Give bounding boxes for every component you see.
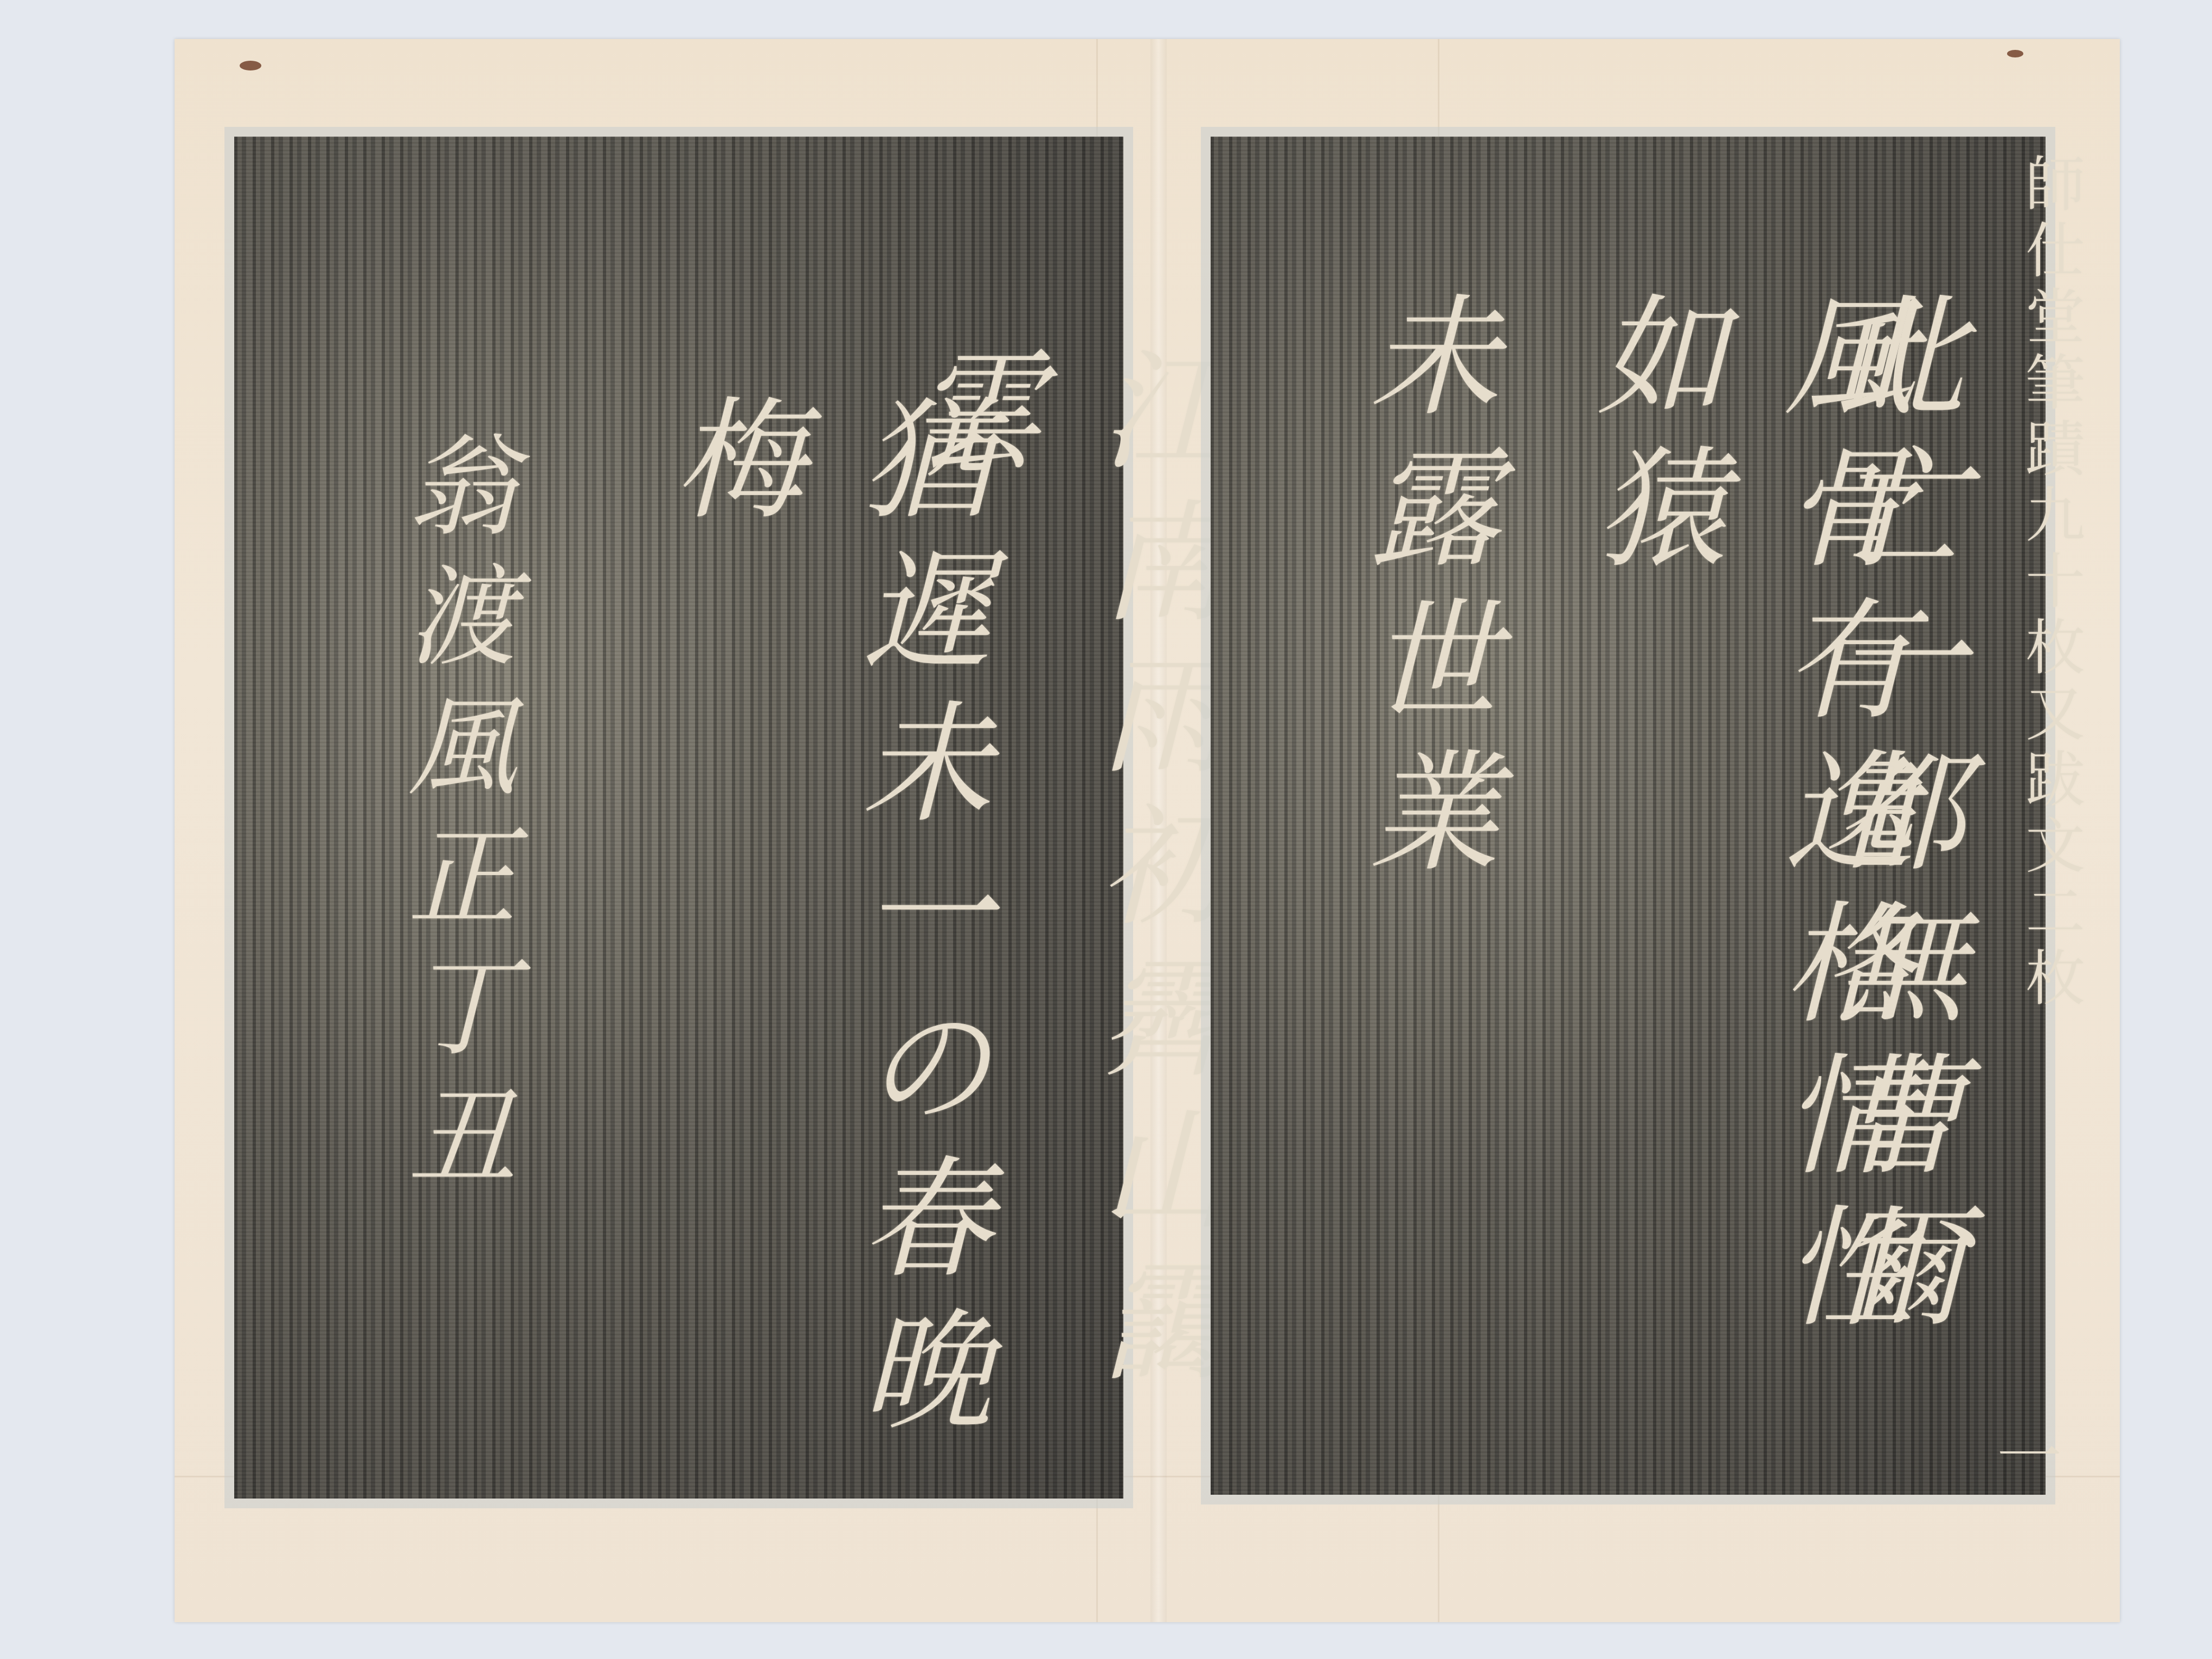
- rubbing-panel-right: 師仕堂筆蹟九十枚又跋文二枚 此亡一都無曹爾 風骨有逸格情性如猿 未露世業 一: [1211, 137, 2046, 1495]
- calligraphy-column: 猶遲未一の春晚梅: [635, 391, 1009, 1499]
- side-inscription: 師仕堂筆蹟九十枚又跋文二枚: [2008, 153, 2093, 1013]
- page-number: 一: [1997, 1405, 2062, 1499]
- paper-stain: [240, 61, 261, 70]
- calligraphy-column: 風骨有逸格情性如猿: [1558, 288, 1932, 1495]
- signature-column: 翁渡風正丁丑: [375, 429, 531, 1210]
- paper-stain: [2007, 50, 2023, 57]
- rubbing-panel-left: 江南雨初霽山靄雲 猶遲未一の春晚梅 翁渡風正丁丑: [234, 137, 1123, 1499]
- calligraphy-column: 未露世業: [1330, 288, 1517, 896]
